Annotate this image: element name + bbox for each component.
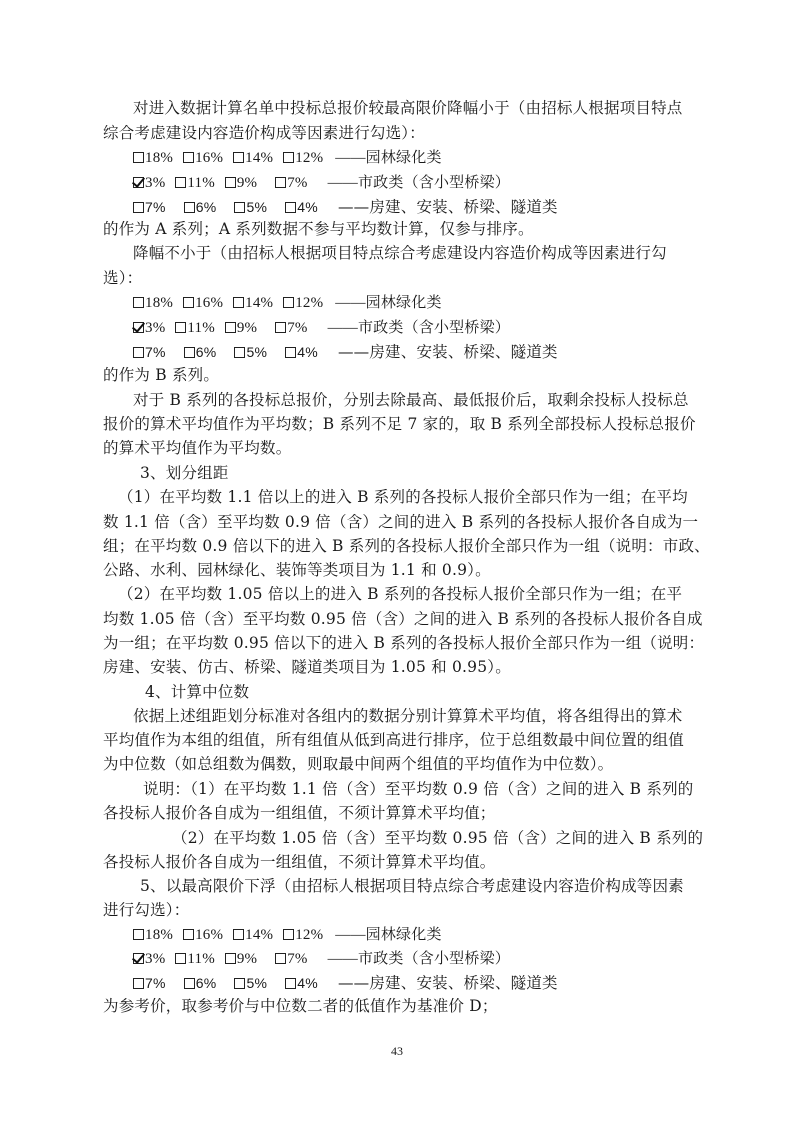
option-row-building: 7% 6% 5% 4% ——房建、安装、桥梁、隧道类 [133, 197, 558, 217]
checkbox-6[interactable] [184, 978, 195, 989]
checkbox-12[interactable] [283, 929, 294, 940]
paragraph-line: 各投标人报价各自成为一组组值，不须计算算术平均值。 [103, 852, 496, 872]
category-label: ——房建、安装、桥梁、隧道类 [338, 343, 558, 361]
checkbox-7[interactable] [133, 978, 144, 989]
paragraph-line: 为参考价，取参考价与中位数二者的低值作为基准价 D； [103, 996, 498, 1016]
paragraph-line: 各投标人报价各自成为一组组值，不须计算算术平均值； [103, 803, 496, 823]
option-row-garden: 18% 16% 14% 12% ——园林绿化类 [133, 148, 442, 168]
paragraph-line: 依据上述组距划分标准对各组内的数据分别计算算术平均值，将各组得出的算术 [133, 706, 683, 726]
paragraph-line: 为一组；在平均数 0.95 倍以下的进入 B 系列的各投标人报价全部只作为一组（… [103, 633, 704, 653]
checkbox-12[interactable] [283, 152, 294, 163]
checkbox-16[interactable] [183, 152, 194, 163]
checkbox-6[interactable] [184, 202, 195, 213]
paragraph-line: 说明：（1）在平均数 1.1 倍（含）至平均数 0.9 倍（含）之间的进入 B … [143, 779, 693, 799]
checkbox-7[interactable] [133, 202, 144, 213]
checkbox-18[interactable] [133, 152, 144, 163]
category-label: ——园林绿化类 [335, 150, 441, 166]
paragraph-line: 进行勾选）： [103, 900, 189, 920]
checkbox-18[interactable] [133, 929, 144, 940]
checkbox-7[interactable] [275, 177, 286, 188]
option-row-municipal: 3% 11% 9% 7% ——市政类（含小型桥梁） [133, 949, 510, 969]
category-label: ——房建、安装、桥梁、隧道类 [338, 974, 558, 992]
paragraph-line: 的算术平均值作为平均数。 [103, 438, 291, 458]
checkbox-9[interactable] [225, 953, 236, 964]
category-label: ——房建、安装、桥梁、隧道类 [338, 198, 558, 216]
section-heading: 4、计算中位数 [145, 682, 249, 702]
option-row-building: 7% 6% 5% 4% ——房建、安装、桥梁、隧道类 [133, 342, 558, 362]
category-label: ——市政类（含小型桥梁） [328, 951, 510, 967]
paragraph-line: 公路、水利、园林绿化、装饰等类项目为 1.1 和 0.9）。 [103, 560, 491, 580]
checkbox-7[interactable] [275, 953, 286, 964]
checkbox-18[interactable] [133, 297, 144, 308]
option-row-garden: 18% 16% 14% 12% ——园林绿化类 [133, 293, 442, 313]
paragraph-line: （2）在平均数 1.05 倍（含）至平均数 0.95 倍（含）之间的进入 B 系… [172, 828, 703, 848]
paragraph-line: 均数 1.05 倍（含）至平均数 0.95 倍（含）之间的进入 B 系列的各投标… [103, 609, 703, 629]
checkbox-11[interactable] [175, 177, 186, 188]
option-row-building: 7% 6% 5% 4% ——房建、安装、桥梁、隧道类 [133, 973, 558, 993]
paragraph-line: 为中位数（如总组数为偶数，则取最中间两个组值的平均值作为中位数）。 [103, 754, 613, 774]
paragraph-line: （1）在平均数 1.1 倍以上的进入 B 系列的各投标人报价全部只作为一组；在平… [118, 487, 688, 507]
checkbox-16[interactable] [183, 929, 194, 940]
category-label: ——市政类（含小型桥梁） [328, 320, 510, 336]
checkbox-12[interactable] [283, 297, 294, 308]
checkbox-7[interactable] [275, 322, 286, 333]
document-page: 对进入数据计算名单中投标总报价较最高限价降幅小于（由招标人根据项目特点 综合考虑… [0, 0, 794, 1122]
paragraph-line: 的作为 B 系列。 [103, 365, 219, 385]
page-number: 43 [0, 1044, 794, 1059]
checkbox-14[interactable] [233, 152, 244, 163]
checkbox-6[interactable] [184, 347, 195, 358]
option-row-municipal: 3% 11% 9% 7% ——市政类（含小型桥梁） [133, 318, 510, 338]
checkbox-7[interactable] [133, 347, 144, 358]
paragraph-line: 对于 B 系列的各投标总报价，分别去除最高、最低报价后，取剩余投标人投标总 [133, 390, 689, 410]
checkbox-5[interactable] [234, 978, 245, 989]
section-heading: 5、以最高限价下浮（由招标人根据项目特点综合考虑建设内容造价构成等因素 [140, 876, 684, 896]
paragraph-line: 组；在平均数 0.9 倍以下的进入 B 系列的各投标人报价全部只作为一组（说明：… [103, 536, 710, 556]
checkbox-16[interactable] [183, 297, 194, 308]
checkbox-4[interactable] [285, 978, 296, 989]
paragraph-line: 选）： [103, 268, 142, 288]
checkbox-9[interactable] [225, 322, 236, 333]
checkbox-4[interactable] [285, 347, 296, 358]
paragraph-line: 报价的算术平均值作为平均数；B 系列不足 7 家的，取 B 系列全部投标人投标总… [103, 414, 696, 434]
paragraph-line: 降幅不小于（由招标人根据项目特点综合考虑建设内容造价构成等因素进行勾 [133, 243, 667, 263]
checkbox-4[interactable] [285, 202, 296, 213]
section-heading: 3、划分组距 [140, 463, 229, 483]
checkbox-14[interactable] [233, 297, 244, 308]
checkbox-11[interactable] [175, 953, 186, 964]
checkbox-14[interactable] [233, 929, 244, 940]
paragraph-line: 综合考虑建设内容造价构成等因素进行勾选）： [103, 123, 425, 143]
checkbox-3-checked[interactable] [133, 322, 144, 333]
checkbox-5[interactable] [234, 202, 245, 213]
paragraph-line: 平均值作为本组的组值，所有组值从低到高进行排序，位于总组数最中间位置的组值 [103, 730, 684, 750]
paragraph-line: 数 1.1 倍（含）至平均数 0.9 倍（含）之间的进入 B 系列的各投标人报价… [103, 512, 698, 532]
paragraph-line: 对进入数据计算名单中投标总报价较最高限价降幅小于（由招标人根据项目特点 [133, 98, 683, 118]
category-label: ——市政类（含小型桥梁） [328, 175, 510, 191]
paragraph-line: （2）在平均数 1.05 倍以上的进入 B 系列的各投标人报价全部只作为一组；在… [118, 584, 682, 604]
category-label: ——园林绿化类 [335, 295, 441, 311]
checkbox-11[interactable] [175, 322, 186, 333]
paragraph-line: 房建、安装、仿古、桥梁、隧道类项目为 1.05 和 0.95）。 [103, 657, 511, 677]
checkbox-3-checked[interactable] [133, 953, 144, 964]
category-label: ——园林绿化类 [335, 927, 441, 943]
checkbox-5[interactable] [234, 347, 245, 358]
checkbox-9[interactable] [225, 177, 236, 188]
paragraph-line: 的作为 A 系列；A 系列数据不参与平均数计算，仅参与排序。 [103, 219, 534, 239]
option-row-municipal: 3% 11% 9% 7% ——市政类（含小型桥梁） [133, 173, 510, 193]
option-row-garden: 18% 16% 14% 12% ——园林绿化类 [133, 925, 442, 945]
checkbox-3-checked[interactable] [133, 177, 144, 188]
